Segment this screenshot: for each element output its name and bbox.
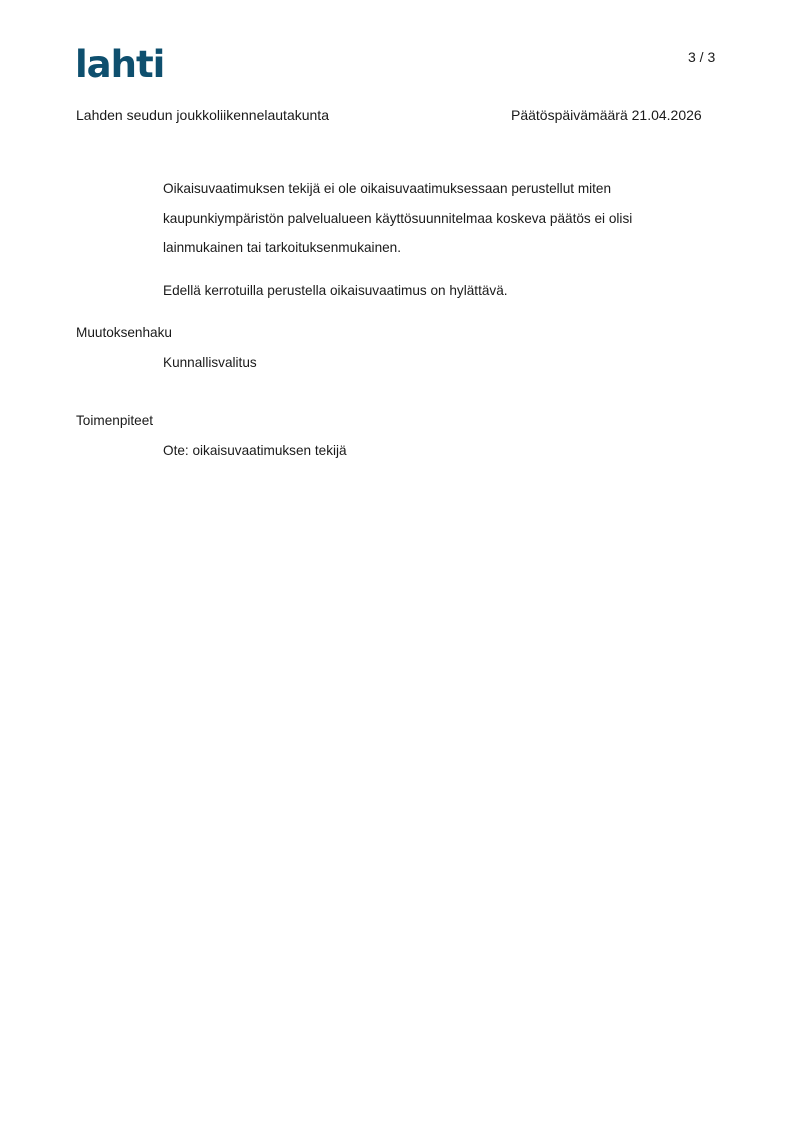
decision-date: Päätöspäivämäärä 21.04.2026 <box>511 107 702 123</box>
lahti-logo: lahti <box>75 47 164 83</box>
document-page: lahti 3 / 3 Lahden seudun joukkoliikenne… <box>0 0 793 1123</box>
section-content-toimenpiteet: Ote: oikaisuvaatimuksen tekijä <box>163 443 347 458</box>
section-title-muutoksenhaku: Muutoksenhaku <box>76 325 172 340</box>
paragraph-conclusion: Edellä kerrotuilla perustella oikaisuvaa… <box>163 283 508 298</box>
section-title-toimenpiteet: Toimenpiteet <box>76 413 153 428</box>
section-content-muutoksenhaku: Kunnallisvalitus <box>163 355 257 370</box>
page-number: 3 / 3 <box>688 49 715 65</box>
paragraph-line: Oikaisuvaatimuksen tekijä ei ole oikaisu… <box>163 181 611 196</box>
organization-name: Lahden seudun joukkoliikennelautakunta <box>76 107 329 123</box>
paragraph-line: lainmukainen tai tarkoituksenmukainen. <box>163 240 401 255</box>
paragraph-line: kaupunkiympäristön palvelualueen käyttös… <box>163 211 632 226</box>
